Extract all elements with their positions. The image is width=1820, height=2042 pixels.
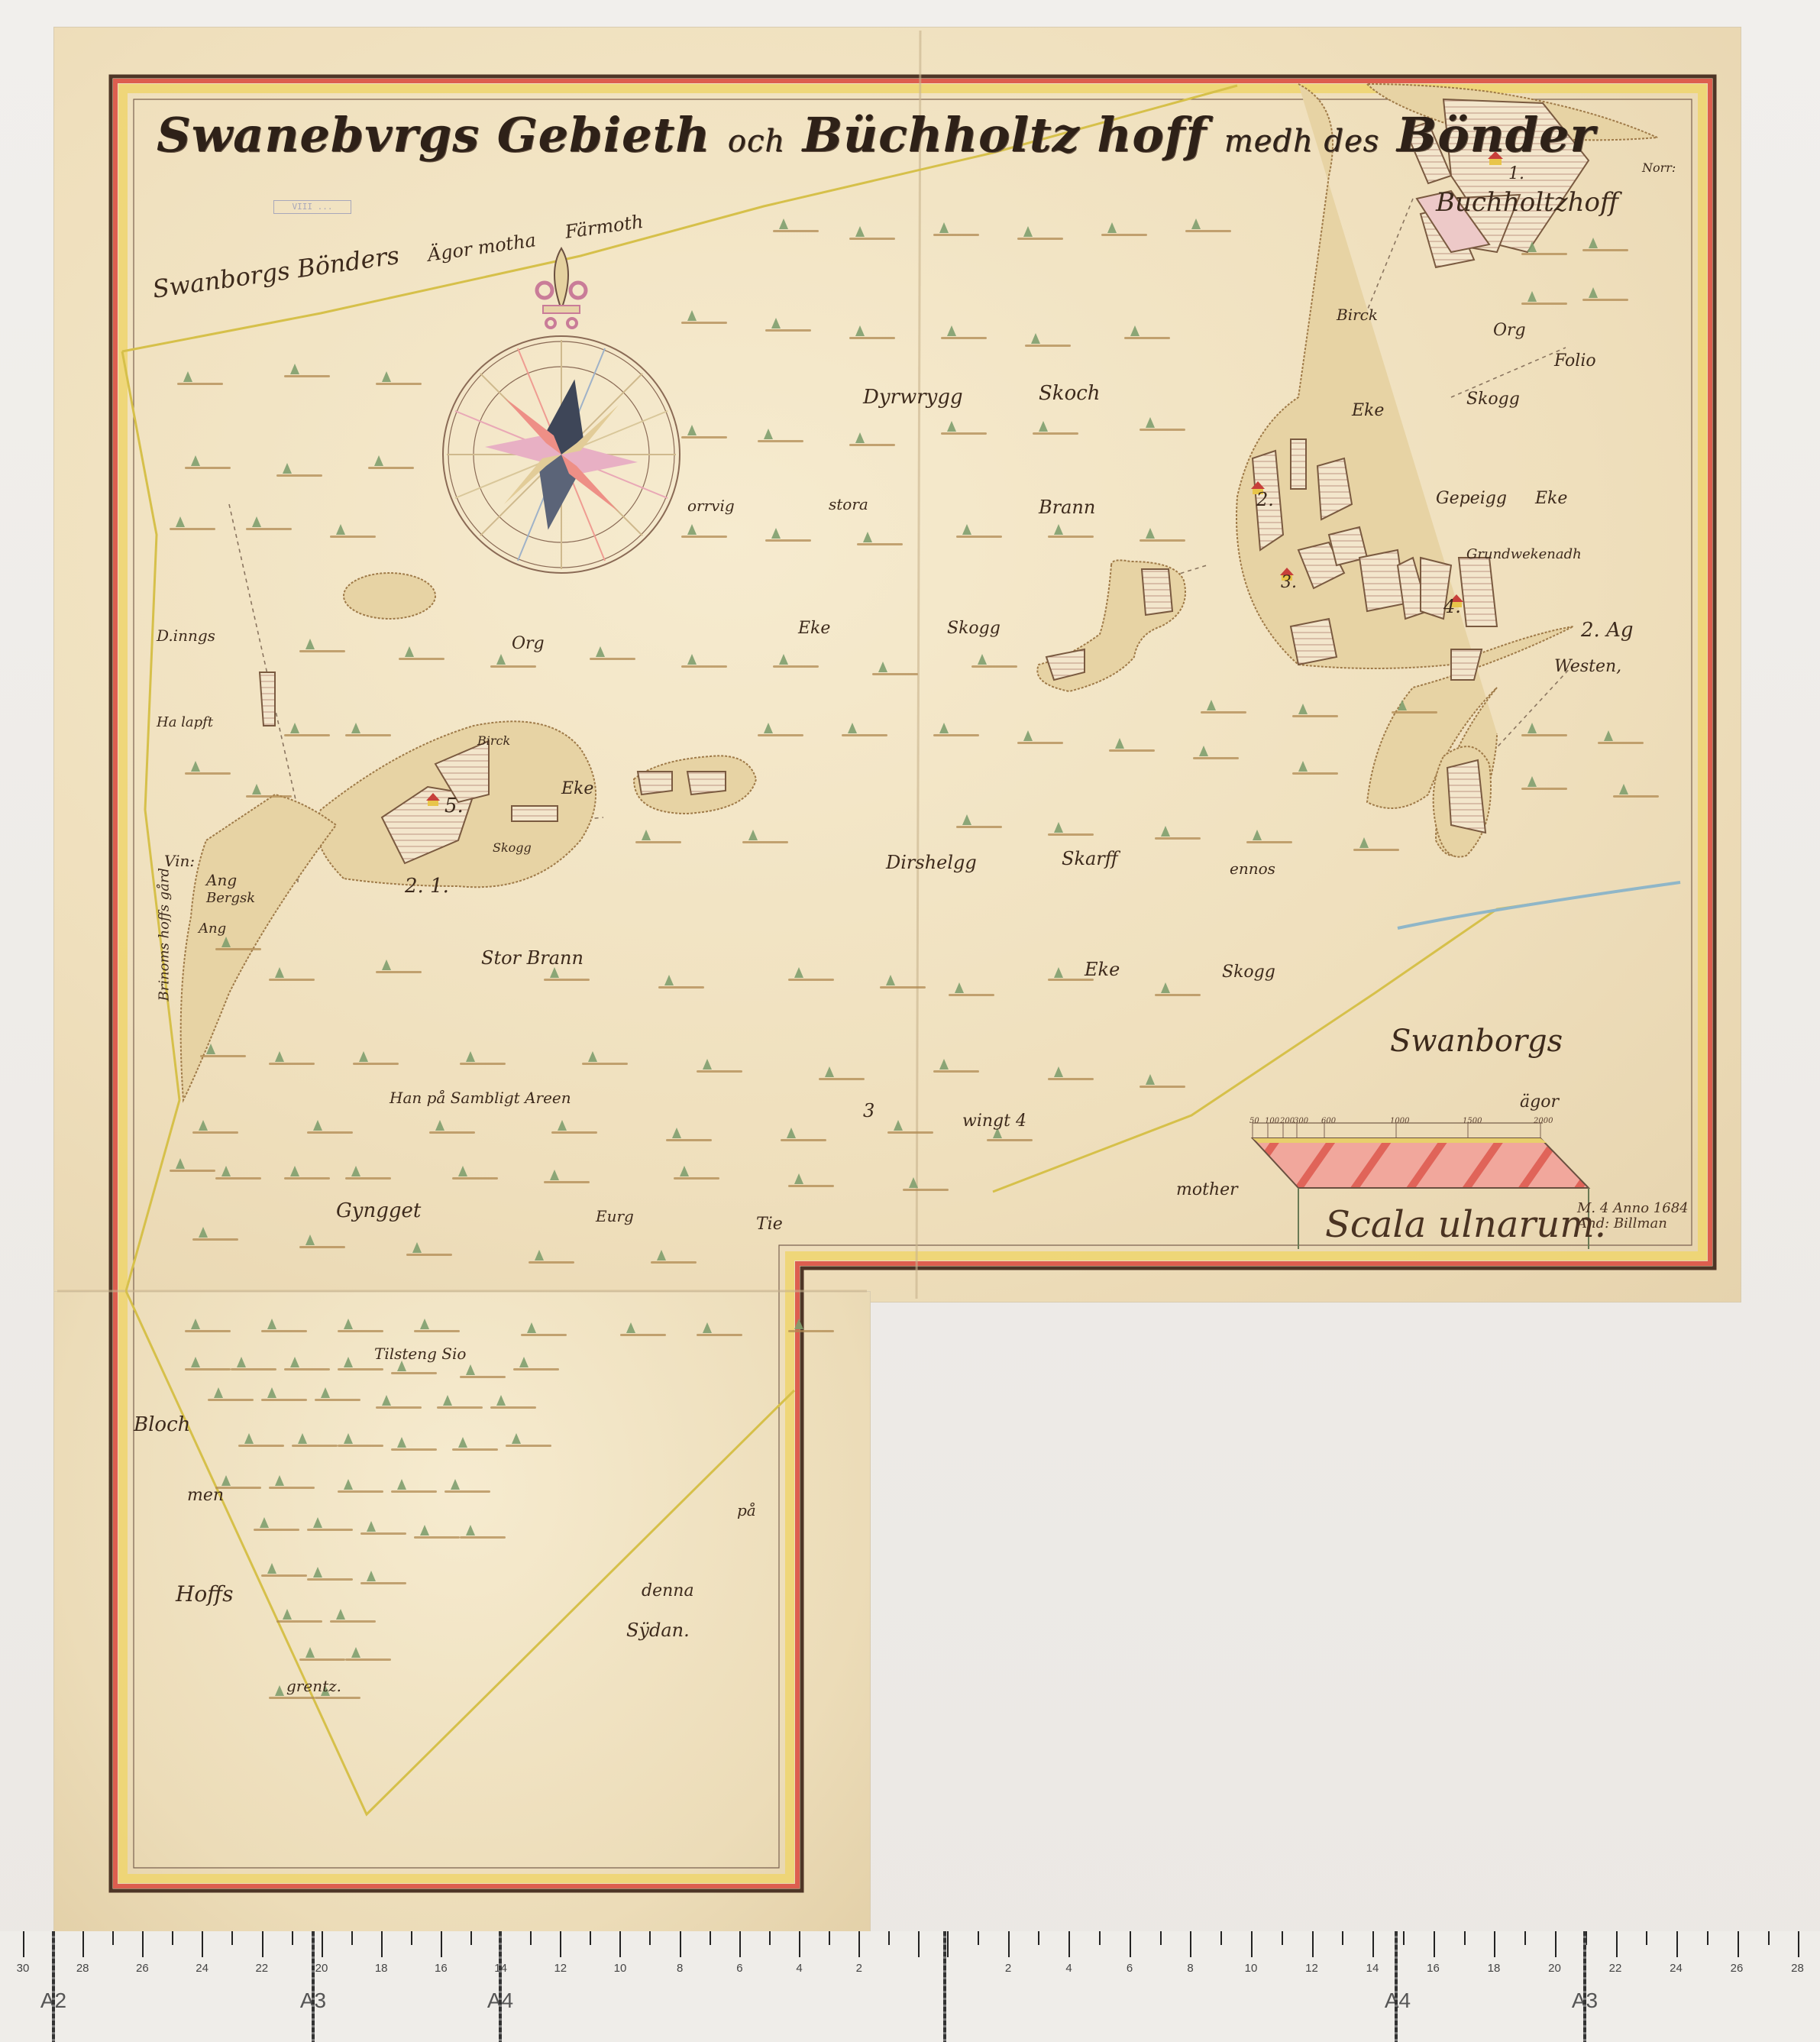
place-label-3: 3 [863,1100,874,1121]
place-label-wingt-4: wingt 4 [962,1112,1026,1131]
ruler-tick [1372,1931,1374,1957]
ruler-tick [441,1931,442,1957]
ruler-number: 4 [1065,1962,1072,1975]
ruler-tick [1707,1931,1708,1945]
place-label-1: 1. [1508,164,1524,183]
place-label-skarff: Skarff [1062,848,1118,869]
ruler-number: 4 [796,1962,802,1975]
ruler-number: 10 [1245,1962,1258,1975]
ruler-tick [888,1931,890,1945]
place-label-brann: Brann [1039,497,1095,518]
place-label-stor-brann: Stor Brann [481,947,583,969]
place-label-gyngget: Gyngget [336,1199,421,1222]
ruler-tick [1676,1931,1678,1957]
place-label-2: 2. [1256,489,1274,510]
place-label-skog-2: Skogg [947,619,1001,638]
ruler-major-mark [943,1931,946,2042]
place-label-eke-5: Eke [561,779,593,798]
ruler-tick [1190,1931,1191,1957]
ruler-number: 28 [1791,1962,1804,1975]
ruler-major-mark [1395,1931,1398,2042]
place-label-eke-3: Eke [798,619,830,638]
ruler-tick [262,1931,263,1957]
place-label-2-ag: 2. Ag [1581,619,1634,642]
ruler-tick [1434,1931,1435,1957]
place-label-dinngs: D.inngs [157,626,215,645]
title-medh-des: medh des [1224,124,1380,159]
ruler-tick [172,1931,173,1945]
place-label-grentz: grentz. [286,1677,341,1695]
place-label-org: Org [1493,321,1526,340]
ruler-number: 24 [1670,1962,1683,1975]
place-label-pa: på [737,1501,756,1519]
scale-signature: M. 4 Anno 1684 And: Billman [1577,1201,1689,1231]
ruler-number: 10 [614,1962,627,1975]
title-swaneborgs: Swanebvrgs Gebieth [157,107,710,163]
ruler-tick [322,1931,323,1957]
place-label-ha-lapft: Ha lapft [157,714,213,730]
ruler-tick [1646,1931,1647,1945]
place-label-diurwrygg: Dyrwrygg [863,386,963,409]
ruler-number: 12 [1305,1962,1318,1975]
place-label-eke-4: Eke [1085,959,1120,980]
place-label-tilstang: Tilsteng Sio [374,1345,466,1363]
place-label-3b: 3. [1281,573,1297,592]
place-label-skog-1: Skogg [1466,390,1520,409]
ruler-number: 30 [17,1962,30,1975]
place-label-birck-2: Birck [477,733,510,748]
map-frame [111,76,1715,1891]
ruler-number: 20 [1548,1962,1561,1975]
ruler-tick [710,1931,711,1945]
ruler-number: 12 [554,1962,567,1975]
place-label-buchholtzhoff: Buchholtzhoff [1436,187,1618,218]
ruler-tick [1038,1931,1039,1945]
archive-stamp: VIII ... [273,200,351,214]
ruler-number: 18 [1488,1962,1501,1975]
ruler-tick [82,1931,84,1957]
place-label-mother: mother [1176,1180,1238,1199]
ruler-tick [739,1931,741,1957]
ruler-major-mark [1583,1931,1586,2042]
ruler-tick [1130,1931,1131,1957]
boundary-lines [122,86,1680,1814]
ruler-tick [1312,1931,1314,1957]
scale-tick-label: 300 [1294,1117,1308,1125]
place-label-men: men [187,1486,224,1505]
ruler-tick [1220,1931,1222,1945]
scale-tick-label: 1500 [1463,1117,1482,1125]
ruler-tick [142,1931,144,1957]
ruler-tick [112,1931,114,1945]
ruler-tick [1160,1931,1162,1945]
tree-markers [170,218,1659,1699]
stream [1398,882,1680,928]
place-label-eke-2: Eke [1535,489,1567,508]
ruler-tick [1342,1931,1343,1945]
ruler-major-mark [499,1931,502,2042]
scale-tick-label: 1000 [1390,1117,1409,1125]
map-drawing [0,0,1820,2042]
place-label-stor: stora [829,495,868,513]
ruler-tick [202,1931,203,1957]
ruler-tick [23,1931,24,1957]
place-label-5: 5. [444,794,464,817]
scale-tick-label: 200 [1280,1117,1295,1125]
scale-date: M. 4 Anno 1684 [1577,1201,1689,1216]
scale-tick-label: 600 [1321,1117,1336,1125]
compass-rose-icon [443,248,680,573]
ruler-tick [1099,1931,1101,1945]
ruler-tick [1008,1931,1010,1957]
ruler-number: 6 [736,1962,742,1975]
ruler-tick [769,1931,771,1945]
ruler-tick [918,1931,920,1957]
place-label-norra: Norr: [1642,160,1676,175]
place-label-org-2: Org [512,634,545,653]
title-och: och [728,124,785,159]
place-label-vin: Vin: [164,852,195,870]
ruler-tick [649,1931,651,1945]
ruler-tick [1616,1931,1618,1957]
scale-author: And: Billman [1577,1216,1689,1231]
ruler-tick [1494,1931,1495,1957]
place-label-bergsk: Bergsk [206,890,255,906]
place-label-agor: ägor [1520,1092,1559,1112]
ruler-tick [1068,1931,1070,1957]
ruler-tick [231,1931,233,1945]
ruler-tick [470,1931,472,1945]
ruler-tick [799,1931,800,1957]
ruler-number: 26 [1731,1962,1744,1975]
ruler-tick [1738,1931,1739,1957]
ruler-tick [1555,1931,1557,1957]
place-label-bioch: Bloch [134,1413,190,1436]
scale-caption: Scala ulnarum. [1325,1203,1606,1246]
ruler-tick [1403,1931,1405,1945]
place-label-grundweckenad: Grundwekenadh [1466,546,1582,562]
ruler-number: 22 [255,1962,268,1975]
place-label-dirshelg: Dirshelgg [886,852,977,873]
ruler-tick [1524,1931,1526,1945]
ruler-number: 16 [435,1962,448,1975]
ruler-number: 24 [196,1962,209,1975]
ruler-major-mark [52,1931,55,2042]
ruler-tick [411,1931,412,1945]
ruler-tick [978,1931,979,1945]
ruler-tick [829,1931,830,1945]
ruler-tick [560,1931,561,1957]
ruler-number: 18 [375,1962,388,1975]
place-label-brings-gard: Brinoms hoffs gård [157,868,173,1002]
ruler-tick [292,1931,293,1945]
ruler-tick [351,1931,353,1945]
scale-tick-label: 2000 [1534,1117,1553,1125]
place-label-birck: Birck [1337,306,1378,324]
place-label-denna: denna [642,1581,694,1600]
place-label-skog-3: Skogg [1222,963,1275,982]
ruler-number: 28 [76,1962,89,1975]
ruler-number: 16 [1427,1962,1440,1975]
ruler-tick [530,1931,532,1945]
place-label-eurg: Eurg [596,1207,634,1225]
ruler-number: 22 [1609,1962,1622,1975]
place-label-skock: Skoch [1039,382,1101,405]
ruler-number: 2 [856,1962,862,1975]
place-label-folio: Folio [1554,351,1596,371]
scale-tick-label: 50 [1249,1117,1259,1125]
ruler-tick [619,1931,621,1957]
ruler-major-mark [312,1931,315,2042]
place-label-ennos: ennos [1230,859,1275,878]
ruler-tick [381,1931,383,1957]
place-label-ang: Ang [206,871,237,889]
ruler-tick [1464,1931,1466,1945]
title-buchholtz: Büchholtz hoff [803,107,1207,163]
ruler-tick [590,1931,591,1945]
place-label-skog-4: Skogg [493,840,532,855]
ruler-paper-size-label: A4 [1385,1989,1411,2013]
title-bonder: Bönder [1397,107,1595,163]
place-label-eke-1: Eke [1352,401,1384,420]
measuring-ruler: 3028262422201816141210864224681012141618… [0,1931,1820,2042]
place-label-gepeigg: Gepeigg [1436,489,1507,508]
ruler-tick [1251,1931,1253,1957]
ruler-tick [858,1931,860,1957]
ruler-tick [1768,1931,1770,1945]
ruler-number: 8 [1187,1962,1193,1975]
place-label-2-1: 2. 1. [405,875,449,898]
ruler-number: 8 [677,1962,683,1975]
ruler-tick [947,1931,949,1957]
ruler-number: 2 [1005,1962,1011,1975]
place-label-tie: Tie [756,1215,783,1234]
scale-tick-label: 100 [1265,1117,1279,1125]
place-label-swanborgs-agor: Swanborgs [1390,1024,1563,1059]
place-label-orrvik: orrvig [687,497,735,515]
place-label-4: 4. [1443,596,1461,617]
ruler-tick [1282,1931,1283,1945]
place-label-westen: Westen, [1554,657,1621,676]
place-label-sidan: Sÿdan. [626,1620,690,1641]
place-label-ang-2: Ang [199,921,226,937]
ruler-number: 14 [1366,1962,1379,1975]
place-label-hoffs: Hoffs [176,1581,233,1607]
place-label-han-pa: Han på Sambligt Areen [390,1089,571,1107]
map-title: Swanebvrgs Gebieth och Büchholtz hoff me… [157,107,1595,163]
ruler-number: 26 [136,1962,149,1975]
ruler-tick [680,1931,681,1957]
ruler-number: 20 [315,1962,328,1975]
ruler-tick [1798,1931,1799,1957]
ruler-number: 6 [1127,1962,1133,1975]
